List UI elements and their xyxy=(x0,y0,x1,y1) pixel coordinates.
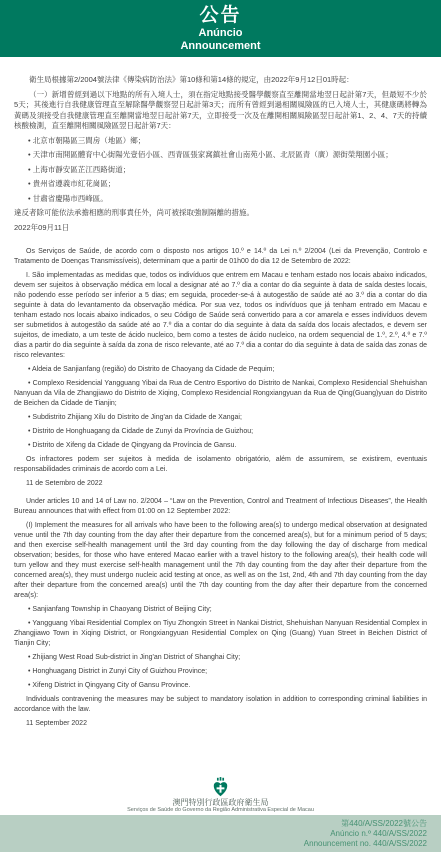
pt-location-item: Complexo Residencial Yangguang Yibai da … xyxy=(14,379,427,409)
announcement-number-en: Announcement no. 440/A/SS/2022 xyxy=(0,839,427,849)
section-portuguese: Os Serviços de Saúde, de acordo com o di… xyxy=(14,247,427,489)
zh-penalty-note: 違反者除可能依法承擔相應的刑事責任外，尚可被採取強制隔離的措施。 xyxy=(14,208,427,219)
pt-location-item: Distrito de Honghuagang da Cidade de Zun… xyxy=(14,427,427,437)
zh-location-item: 天津市南開區體育中心街陽光壹佰小區、西青區張家窩鎮社會山南苑小區、北辰區青（廣）… xyxy=(14,150,427,161)
pt-location-item: Aldeia de Sanjianfang (região) do Distri… xyxy=(14,365,427,375)
zh-location-item: 貴州省遵義市紅花崗區； xyxy=(14,179,427,190)
bureau-name-zh: 澳門特別行政區政府衛生局 xyxy=(0,798,441,807)
zh-location-item: 北京市朝陽區三間房（地區）鄉； xyxy=(14,136,427,147)
pt-intro: Os Serviços de Saúde, de acordo com o di… xyxy=(14,247,427,267)
bureau-signature: 澳門特別行政區政府衛生局 Serviços de Saúde do Govern… xyxy=(0,777,441,814)
en-penalty-note: Individuals contravening the measures ma… xyxy=(14,695,427,715)
page-title-pt: Anúncio xyxy=(199,27,243,40)
header-banner: 公告 Anúncio Announcement xyxy=(0,0,441,57)
pt-measures-paragraph: I. São implementadas as medidas que, tod… xyxy=(14,271,427,361)
en-location-item: Honghuagang District in Zunyi City of Gu… xyxy=(14,667,427,677)
zh-location-item: 上海市靜安區芷江西路街道； xyxy=(14,165,427,176)
en-location-item: Zhijiang West Road Sub-district in Jing'… xyxy=(14,653,427,663)
announcement-body: 衛生局根據第2/2004號法律《傳染病防治法》第10條和第14條的規定，由202… xyxy=(0,57,441,776)
page-title-zh: 公告 xyxy=(199,4,241,27)
zh-date: 2022年09月11日 xyxy=(14,223,427,234)
section-chinese: 衛生局根據第2/2004號法律《傳染病防治法》第10條和第14條的規定，由202… xyxy=(14,75,427,233)
en-date: 11 September 2022 xyxy=(14,719,427,729)
page-title-en: Announcement xyxy=(180,40,260,53)
pt-location-item: Distrito de Xifeng da Cidade de Qingyang… xyxy=(14,441,427,451)
zh-measures-paragraph: （一）新增曾經到過以下地點的所有入境人士，須在指定地點接受醫學觀察直至離開當地翌… xyxy=(14,90,427,132)
announcement-number-zh: 第440/A/SS/2022號公告 xyxy=(0,819,427,829)
zh-location-item: 甘肅省慶陽市西峰區。 xyxy=(14,194,427,205)
pt-date: 11 de Setembro de 2022 xyxy=(14,479,427,489)
en-location-item: Yangguang Yibai Residential Complex on T… xyxy=(14,619,427,649)
en-measures-paragraph: (I) Implement the measures for all arriv… xyxy=(14,521,427,601)
footer-reference-bar: 第440/A/SS/2022號公告 Anúncio n.º 440/A/SS/2… xyxy=(0,815,441,852)
pt-location-item: Subdistrito Zhijiang Xilu do Distrito de… xyxy=(14,413,427,423)
health-bureau-logo-icon xyxy=(212,777,229,797)
bureau-name-pt: Serviços de Saúde do Governo da Região A… xyxy=(0,807,441,814)
announcement-number-pt: Anúncio n.º 440/A/SS/2022 xyxy=(0,829,427,839)
announcement-page: 公告 Anúncio Announcement 衛生局根據第2/2004號法律《… xyxy=(0,0,441,852)
section-english: Under articles 10 and 14 of Law no. 2/20… xyxy=(14,497,427,729)
zh-intro: 衛生局根據第2/2004號法律《傳染病防治法》第10條和第14條的規定，由202… xyxy=(14,75,427,86)
en-location-item: Xifeng District in Qingyang City of Gans… xyxy=(14,681,427,691)
en-location-item: Sanjianfang Township in Chaoyang Distric… xyxy=(14,605,427,615)
pt-penalty-note: Os infractores podem ser sujeitos à medi… xyxy=(14,455,427,475)
en-intro: Under articles 10 and 14 of Law no. 2/20… xyxy=(14,497,427,517)
